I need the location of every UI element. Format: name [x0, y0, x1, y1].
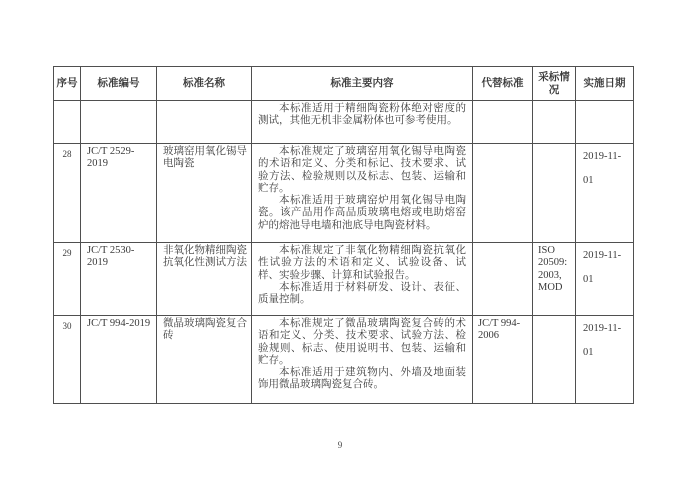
col-header-seq: 序号 — [54, 67, 81, 101]
cell-replaced — [473, 144, 533, 243]
cell-date — [576, 101, 634, 144]
col-header-date: 实施日期 — [576, 67, 634, 101]
cell-name: 微晶玻璃陶瓷复合砖 — [157, 316, 252, 404]
content-paragraph: 本标准适用于精细陶瓷粉体绝对密度的测试，其他无机非金属粉体也可参考使用。 — [258, 103, 466, 128]
cell-seq: 30 — [54, 316, 81, 404]
cell-code: JC/T 2529-2019 — [81, 144, 157, 243]
cell-name: 玻璃窑用氧化锡导电陶瓷 — [157, 144, 252, 243]
cell-adoption — [533, 144, 576, 243]
cell-content: 本标准规定了玻璃窑用氧化锡导电陶瓷的术语和定义、分类和标记、技术要求、试验方法、… — [252, 144, 473, 243]
cell-date: 2019-11-01 — [576, 316, 634, 404]
content-paragraph: 本标准适用于材料研发、设计、表征、质量控制。 — [258, 282, 466, 307]
table-row: 28 JC/T 2529-2019 玻璃窑用氧化锡导电陶瓷 本标准规定了玻璃窑用… — [54, 144, 634, 243]
cell-date: 2019-11-01 — [576, 243, 634, 316]
standards-table: 序号 标准编号 标准名称 标准主要内容 代替标准 采标情况 实施日期 本标准适用… — [53, 66, 634, 404]
col-header-name: 标准名称 — [157, 67, 252, 101]
cell-code: JC/T 2530-2019 — [81, 243, 157, 316]
table-row: 本标准适用于精细陶瓷粉体绝对密度的测试，其他无机非金属粉体也可参考使用。 — [54, 101, 634, 144]
document-page: 序号 标准编号 标准名称 标准主要内容 代替标准 采标情况 实施日期 本标准适用… — [0, 0, 680, 480]
cell-replaced — [473, 101, 533, 144]
cell-replaced: JC/T 994-2006 — [473, 316, 533, 404]
table-row: 30 JC/T 994-2019 微晶玻璃陶瓷复合砖 本标准规定了微晶玻璃陶瓷复… — [54, 316, 634, 404]
cell-name: 非氧化物精细陶瓷抗氧化性测试方法 — [157, 243, 252, 316]
col-header-replaced: 代替标准 — [473, 67, 533, 101]
cell-replaced — [473, 243, 533, 316]
cell-seq: 29 — [54, 243, 81, 316]
table-header-row: 序号 标准编号 标准名称 标准主要内容 代替标准 采标情况 实施日期 — [54, 67, 634, 101]
col-header-content: 标准主要内容 — [252, 67, 473, 101]
content-paragraph: 本标准规定了玻璃窑用氧化锡导电陶瓷的术语和定义、分类和标记、技术要求、试验方法、… — [258, 146, 466, 195]
table-row: 29 JC/T 2530-2019 非氧化物精细陶瓷抗氧化性测试方法 本标准规定… — [54, 243, 634, 316]
content-paragraph: 本标准适用于玻璃窑炉用氧化锡导电陶瓷。该产品用作高品质玻璃电熔或电助熔窑炉的熔池… — [258, 195, 466, 232]
content-paragraph: 本标准适用于建筑物内、外墙及地面装饰用微晶玻璃陶瓷复合砖。 — [258, 367, 466, 392]
cell-code — [81, 101, 157, 144]
cell-seq: 28 — [54, 144, 81, 243]
col-header-adoption: 采标情况 — [533, 67, 576, 101]
cell-content: 本标准规定了非氧化物精细陶瓷抗氧化性试验方法的术语和定义、试验设备、试样、实验步… — [252, 243, 473, 316]
cell-name — [157, 101, 252, 144]
cell-code: JC/T 994-2019 — [81, 316, 157, 404]
cell-adoption — [533, 316, 576, 404]
content-paragraph: 本标准规定了非氧化物精细陶瓷抗氧化性试验方法的术语和定义、试验设备、试样、实验步… — [258, 245, 466, 282]
cell-adoption: ISO 20509: 2003, MOD — [533, 243, 576, 316]
page-number: 9 — [0, 440, 680, 450]
content-paragraph: 本标准规定了微晶玻璃陶瓷复合砖的术语和定义、分类、技术要求、试验方法、检验规则、… — [258, 318, 466, 367]
cell-content: 本标准规定了微晶玻璃陶瓷复合砖的术语和定义、分类、技术要求、试验方法、检验规则、… — [252, 316, 473, 404]
cell-content: 本标准适用于精细陶瓷粉体绝对密度的测试，其他无机非金属粉体也可参考使用。 — [252, 101, 473, 144]
cell-seq — [54, 101, 81, 144]
cell-adoption — [533, 101, 576, 144]
cell-date: 2019-11-01 — [576, 144, 634, 243]
col-header-code: 标准编号 — [81, 67, 157, 101]
